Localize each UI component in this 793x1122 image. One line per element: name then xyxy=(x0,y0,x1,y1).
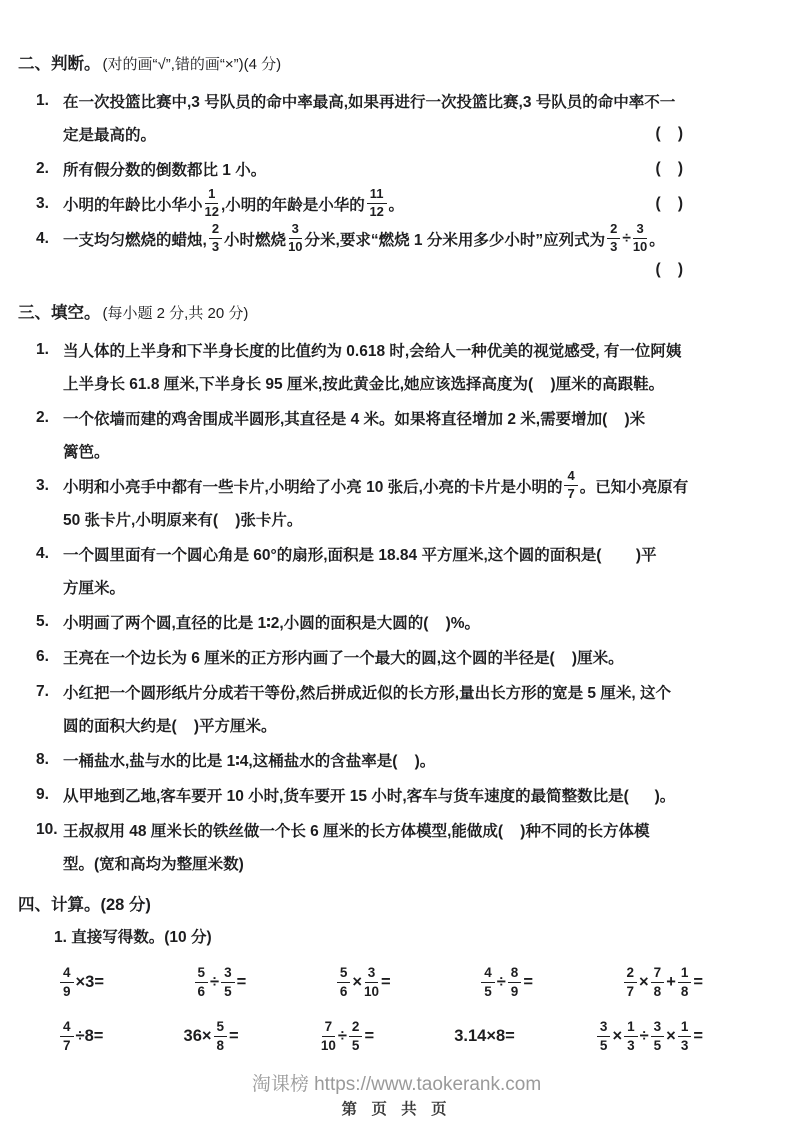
exam-scan-page: { "section2": { "title": "二、判断。", "note"… xyxy=(0,0,793,1122)
item-number: 3. xyxy=(36,469,63,535)
fraction: 18 xyxy=(678,965,692,999)
item-content: 小明画了两个圆,直径的比是 1∶2,小圆的面积是大圆的( )%。 xyxy=(63,605,755,638)
fraction-numerator: 2 xyxy=(209,222,222,239)
calc-row: 47÷8=36×58=710÷25=3.14×8=35×13÷35×13= xyxy=(18,1009,755,1063)
fraction-numerator: 3 xyxy=(221,965,235,983)
item-content: 一桶盐水,盐与水的比是 1∶4,这桶盐水的含盐率是( )。 xyxy=(63,743,755,776)
fraction-numerator: 4 xyxy=(481,965,495,983)
fill-items-list: 1.当人体的上半身和下半身长度的比值约为 0.618 时,会给人一种优美的视觉感… xyxy=(18,333,755,879)
fraction-denominator: 3 xyxy=(681,1037,689,1054)
section2-title: 二、判断。 xyxy=(18,55,101,73)
fraction: 35 xyxy=(597,1019,611,1053)
section3-header: 三、填空。(每小题 2 分,共 20 分) xyxy=(18,299,755,323)
fraction: 56 xyxy=(195,965,209,999)
item-line: 所有假分数的倒数都比 1 小。( ) xyxy=(63,152,755,185)
fraction-numerator: 7 xyxy=(322,1019,336,1037)
calc-expression: 35×13÷35×13= xyxy=(595,1019,703,1053)
item-content: 所有假分数的倒数都比 1 小。( ) xyxy=(63,152,755,185)
item-line: 定是最高的。( ) xyxy=(63,117,755,150)
item-line: 一桶盐水,盐与水的比是 1∶4,这桶盐水的含盐率是( )。 xyxy=(63,743,755,776)
fraction: 49 xyxy=(60,965,74,999)
calc-expression: 45÷89= xyxy=(479,965,533,999)
item-line: 小明的年龄比小华小112,小明的年龄是小华的1112。( ) xyxy=(63,187,755,220)
fraction: 710 xyxy=(321,1019,336,1053)
fraction-denominator: 12 xyxy=(205,204,219,220)
fraction-numerator: 2 xyxy=(607,222,620,239)
fraction-numerator: 5 xyxy=(195,965,209,983)
fraction-numerator: 4 xyxy=(60,965,74,983)
item-content: 小明和小亮手中都有一些卡片,小明给了小亮 10 张后,小亮的卡片是小明的47。已… xyxy=(63,469,755,535)
item-line: 王叔叔用 48 厘米长的铁丝做一个长 6 厘米的长方体模型,能做成( )种不同的… xyxy=(63,813,755,846)
item-number: 4. xyxy=(36,222,63,285)
fraction-denominator: 8 xyxy=(681,983,689,1000)
item-content: 小红把一个圆形纸片分成若干等份,然后拼成近似的长方形,量出长方形的宽是 5 厘米… xyxy=(63,675,755,741)
fraction: 13 xyxy=(678,1019,692,1053)
fraction-numerator: 8 xyxy=(508,965,522,983)
fraction: 13 xyxy=(624,1019,638,1053)
fill-item: 8.一桶盐水,盐与水的比是 1∶4,这桶盐水的含盐率是( )。 xyxy=(18,743,755,776)
fill-item: 5.小明画了两个圆,直径的比是 1∶2,小圆的面积是大圆的( )%。 xyxy=(18,605,755,638)
calc-expression: 56×310= xyxy=(335,965,391,999)
fraction-numerator: 1 xyxy=(678,965,692,983)
fraction-denominator: 3 xyxy=(627,1037,635,1054)
section2-note: (对的画“√”,错的画“×”)(4 分) xyxy=(103,56,282,73)
item-content: 王叔叔用 48 厘米长的铁丝做一个长 6 厘米的长方体模型,能做成( )种不同的… xyxy=(63,813,755,879)
fraction-numerator: 2 xyxy=(349,1019,363,1037)
calc-expression: 49×3= xyxy=(58,965,104,999)
item-line: 小红把一个圆形纸片分成若干等份,然后拼成近似的长方形,量出长方形的宽是 5 厘米… xyxy=(63,675,755,708)
calc-expression: 3.14×8= xyxy=(454,1027,515,1046)
item-number: 2. xyxy=(36,152,63,185)
fill-item: 10.王叔叔用 48 厘米长的铁丝做一个长 6 厘米的长方体模型,能做成( )种… xyxy=(18,813,755,879)
fraction: 35 xyxy=(651,1019,665,1053)
fraction-numerator: 1 xyxy=(205,187,218,204)
item-line: 从甲地到乙地,客车要开 10 小时,货车要开 15 小时,客车与货车速度的最简整… xyxy=(63,778,755,811)
fraction: 56 xyxy=(337,965,351,999)
fraction-denominator: 9 xyxy=(63,983,71,1000)
item-number: 5. xyxy=(36,605,63,638)
page-number-footer: 第 页 共 页 xyxy=(0,1097,793,1119)
fill-item: 1.当人体的上半身和下半身长度的比值约为 0.618 时,会给人一种优美的视觉感… xyxy=(18,333,755,399)
section4-subtitle: 1. 直接写得数。(10 分) xyxy=(18,925,755,947)
fill-item: 6.王亮在一个边长为 6 厘米的正方形内画了一个最大的圆,这个圆的半径是( )厘… xyxy=(18,640,755,673)
watermark-text: 淘课榜 https://www.taokerank.com xyxy=(0,1069,793,1096)
section4-title: 四、计算。(28 分) xyxy=(18,896,151,914)
fraction-denominator: 5 xyxy=(654,1037,662,1054)
fraction-numerator: 11 xyxy=(367,187,387,204)
fraction: 23 xyxy=(607,222,620,255)
fraction-numerator: 4 xyxy=(60,1019,74,1037)
answer-bracket: ( ) xyxy=(655,195,755,213)
fraction-denominator: 6 xyxy=(198,983,206,1000)
fraction-denominator: 5 xyxy=(484,983,492,1000)
fill-item: 4.一个圆里面有一个圆心角是 60°的扇形,面积是 18.84 平方厘米,这个圆… xyxy=(18,537,755,603)
calc-expression: 56÷35= xyxy=(193,965,247,999)
item-line: 50 张卡片,小明原来有( )张卡片。 xyxy=(63,502,755,535)
item-line: ( ) xyxy=(63,255,755,285)
section2-header: 二、判断。(对的画“√”,错的画“×”)(4 分) xyxy=(18,50,755,74)
fraction: 78 xyxy=(651,965,665,999)
item-number: 2. xyxy=(36,401,63,467)
fraction-denominator: 9 xyxy=(511,983,519,1000)
calc-expression: 36×58= xyxy=(184,1019,239,1053)
item-line: 型。(宽和高均为整厘米数) xyxy=(63,846,755,879)
fraction-denominator: 5 xyxy=(600,1037,608,1054)
fraction-numerator: 1 xyxy=(678,1019,692,1037)
answer-bracket: ( ) xyxy=(655,261,755,279)
item-line: 一个圆里面有一个圆心角是 60°的扇形,面积是 18.84 平方厘米,这个圆的面… xyxy=(63,537,755,570)
fraction-numerator: 1 xyxy=(624,1019,638,1037)
fraction-denominator: 8 xyxy=(654,983,662,1000)
item-content: 在一次投篮比赛中,3 号队员的命中率最高,如果再进行一次投篮比赛,3 号队员的命… xyxy=(63,84,755,150)
item-number: 8. xyxy=(36,743,63,776)
item-content: 一个依墙而建的鸡舍围成半圆形,其直径是 4 米。如果将直径增加 2 米,需要增加… xyxy=(63,401,755,467)
item-line: 一支均匀燃烧的蜡烛,23小时燃烧310分米,要求“燃烧 1 分米用多少小时”应列… xyxy=(63,222,755,255)
item-line: 当人体的上半身和下半身长度的比值约为 0.618 时,会给人一种优美的视觉感受,… xyxy=(63,333,755,366)
fraction-numerator: 3 xyxy=(633,222,646,239)
item-number: 7. xyxy=(36,675,63,741)
fraction-numerator: 5 xyxy=(214,1019,228,1037)
item-line: 小明和小亮手中都有一些卡片,小明给了小亮 10 张后,小亮的卡片是小明的47。已… xyxy=(63,469,755,502)
fraction-numerator: 3 xyxy=(597,1019,611,1037)
calc-row: 49×3=56÷35=56×310=45÷89=27×78+18= xyxy=(18,955,755,1009)
fraction-numerator: 7 xyxy=(651,965,665,983)
fraction: 1112 xyxy=(367,187,387,220)
fraction-denominator: 8 xyxy=(217,1037,225,1054)
item-number: 4. xyxy=(36,537,63,603)
item-line: 方厘米。 xyxy=(63,570,755,603)
item-number: 3. xyxy=(36,187,63,220)
judgment-items-list: 1.在一次投篮比赛中,3 号队员的命中率最高,如果再进行一次投篮比赛,3 号队员… xyxy=(18,84,755,285)
fraction-denominator: 10 xyxy=(633,239,647,255)
item-content: 从甲地到乙地,客车要开 10 小时,货车要开 15 小时,客车与货车速度的最简整… xyxy=(63,778,755,811)
fraction: 89 xyxy=(508,965,522,999)
fraction: 112 xyxy=(205,187,219,220)
section4-header: 四、计算。(28 分) xyxy=(18,891,755,915)
section3-title: 三、填空。 xyxy=(18,304,101,322)
judgment-item: 4.一支均匀燃烧的蜡烛,23小时燃烧310分米,要求“燃烧 1 分米用多少小时”… xyxy=(18,222,755,285)
item-number: 1. xyxy=(36,333,63,399)
fill-item: 9.从甲地到乙地,客车要开 10 小时,货车要开 15 小时,客车与货车速度的最… xyxy=(18,778,755,811)
fraction-denominator: 10 xyxy=(288,239,302,255)
fill-item: 7.小红把一个圆形纸片分成若干等份,然后拼成近似的长方形,量出长方形的宽是 5 … xyxy=(18,675,755,741)
item-line: 圆的面积大约是( )平方厘米。 xyxy=(63,708,755,741)
answer-bracket: ( ) xyxy=(655,125,755,143)
item-number: 10. xyxy=(36,813,63,879)
calc-expression: 47÷8= xyxy=(58,1019,103,1053)
fraction-denominator: 5 xyxy=(224,983,232,1000)
fraction-denominator: 5 xyxy=(352,1037,360,1054)
fraction-denominator: 7 xyxy=(627,983,635,1000)
item-content: 小明的年龄比小华小112,小明的年龄是小华的1112。( ) xyxy=(63,187,755,220)
section3-note: (每小题 2 分,共 20 分) xyxy=(103,305,249,322)
item-number: 6. xyxy=(36,640,63,673)
judgment-item: 2.所有假分数的倒数都比 1 小。( ) xyxy=(18,152,755,185)
item-line: 一个依墙而建的鸡舍围成半圆形,其直径是 4 米。如果将直径增加 2 米,需要增加… xyxy=(63,401,755,434)
fraction-denominator: 10 xyxy=(364,983,379,1000)
fraction: 47 xyxy=(564,469,577,502)
fraction-numerator: 3 xyxy=(651,1019,665,1037)
fraction-numerator: 2 xyxy=(624,965,638,983)
calc-grid: 49×3=56÷35=56×310=45÷89=27×78+18=47÷8=36… xyxy=(18,955,755,1063)
fraction-denominator: 7 xyxy=(567,486,574,502)
fraction-denominator: 6 xyxy=(340,983,348,1000)
fraction-numerator: 3 xyxy=(365,965,379,983)
item-content: 一支均匀燃烧的蜡烛,23小时燃烧310分米,要求“燃烧 1 分米用多少小时”应列… xyxy=(63,222,755,285)
calc-expression: 710÷25= xyxy=(319,1019,374,1053)
fraction: 310 xyxy=(633,222,647,255)
fraction: 47 xyxy=(60,1019,74,1053)
calc-expression: 27×78+18= xyxy=(622,965,703,999)
judgment-item: 1.在一次投篮比赛中,3 号队员的命中率最高,如果再进行一次投篮比赛,3 号队员… xyxy=(18,84,755,150)
fraction: 27 xyxy=(624,965,638,999)
item-content: 王亮在一个边长为 6 厘米的正方形内画了一个最大的圆,这个圆的半径是( )厘米。 xyxy=(63,640,755,673)
item-line: 篱笆。 xyxy=(63,434,755,467)
item-line: 王亮在一个边长为 6 厘米的正方形内画了一个最大的圆,这个圆的半径是( )厘米。 xyxy=(63,640,755,673)
document-page: 二、判断。(对的画“√”,错的画“×”)(4 分) 1.在一次投篮比赛中,3 号… xyxy=(0,0,793,1063)
fraction: 45 xyxy=(481,965,495,999)
item-number: 1. xyxy=(36,84,63,150)
fraction: 58 xyxy=(214,1019,228,1053)
fraction: 23 xyxy=(209,222,222,255)
fraction: 310 xyxy=(364,965,379,999)
item-line: 小明画了两个圆,直径的比是 1∶2,小圆的面积是大圆的( )%。 xyxy=(63,605,755,638)
fraction-numerator: 5 xyxy=(337,965,351,983)
fraction-denominator: 3 xyxy=(610,239,617,255)
fraction: 35 xyxy=(221,965,235,999)
answer-bracket: ( ) xyxy=(655,160,755,178)
fraction: 310 xyxy=(288,222,302,255)
fraction-numerator: 3 xyxy=(289,222,302,239)
item-content: 一个圆里面有一个圆心角是 60°的扇形,面积是 18.84 平方厘米,这个圆的面… xyxy=(63,537,755,603)
item-line: 上半身长 61.8 厘米,下半身长 95 厘米,按此黄金比,她应该选择高度为( … xyxy=(63,366,755,399)
fraction-denominator: 12 xyxy=(369,204,383,220)
item-content: 当人体的上半身和下半身长度的比值约为 0.618 时,会给人一种优美的视觉感受,… xyxy=(63,333,755,399)
judgment-item: 3.小明的年龄比小华小112,小明的年龄是小华的1112。( ) xyxy=(18,187,755,220)
fraction-numerator: 4 xyxy=(564,469,577,486)
fraction: 25 xyxy=(349,1019,363,1053)
item-number: 9. xyxy=(36,778,63,811)
item-line: 在一次投篮比赛中,3 号队员的命中率最高,如果再进行一次投篮比赛,3 号队员的命… xyxy=(63,84,755,117)
fraction-denominator: 10 xyxy=(321,1037,336,1054)
fraction-denominator: 3 xyxy=(212,239,219,255)
fill-item: 2.一个依墙而建的鸡舍围成半圆形,其直径是 4 米。如果将直径增加 2 米,需要… xyxy=(18,401,755,467)
fraction-denominator: 7 xyxy=(63,1037,71,1054)
fill-item: 3.小明和小亮手中都有一些卡片,小明给了小亮 10 张后,小亮的卡片是小明的47… xyxy=(18,469,755,535)
